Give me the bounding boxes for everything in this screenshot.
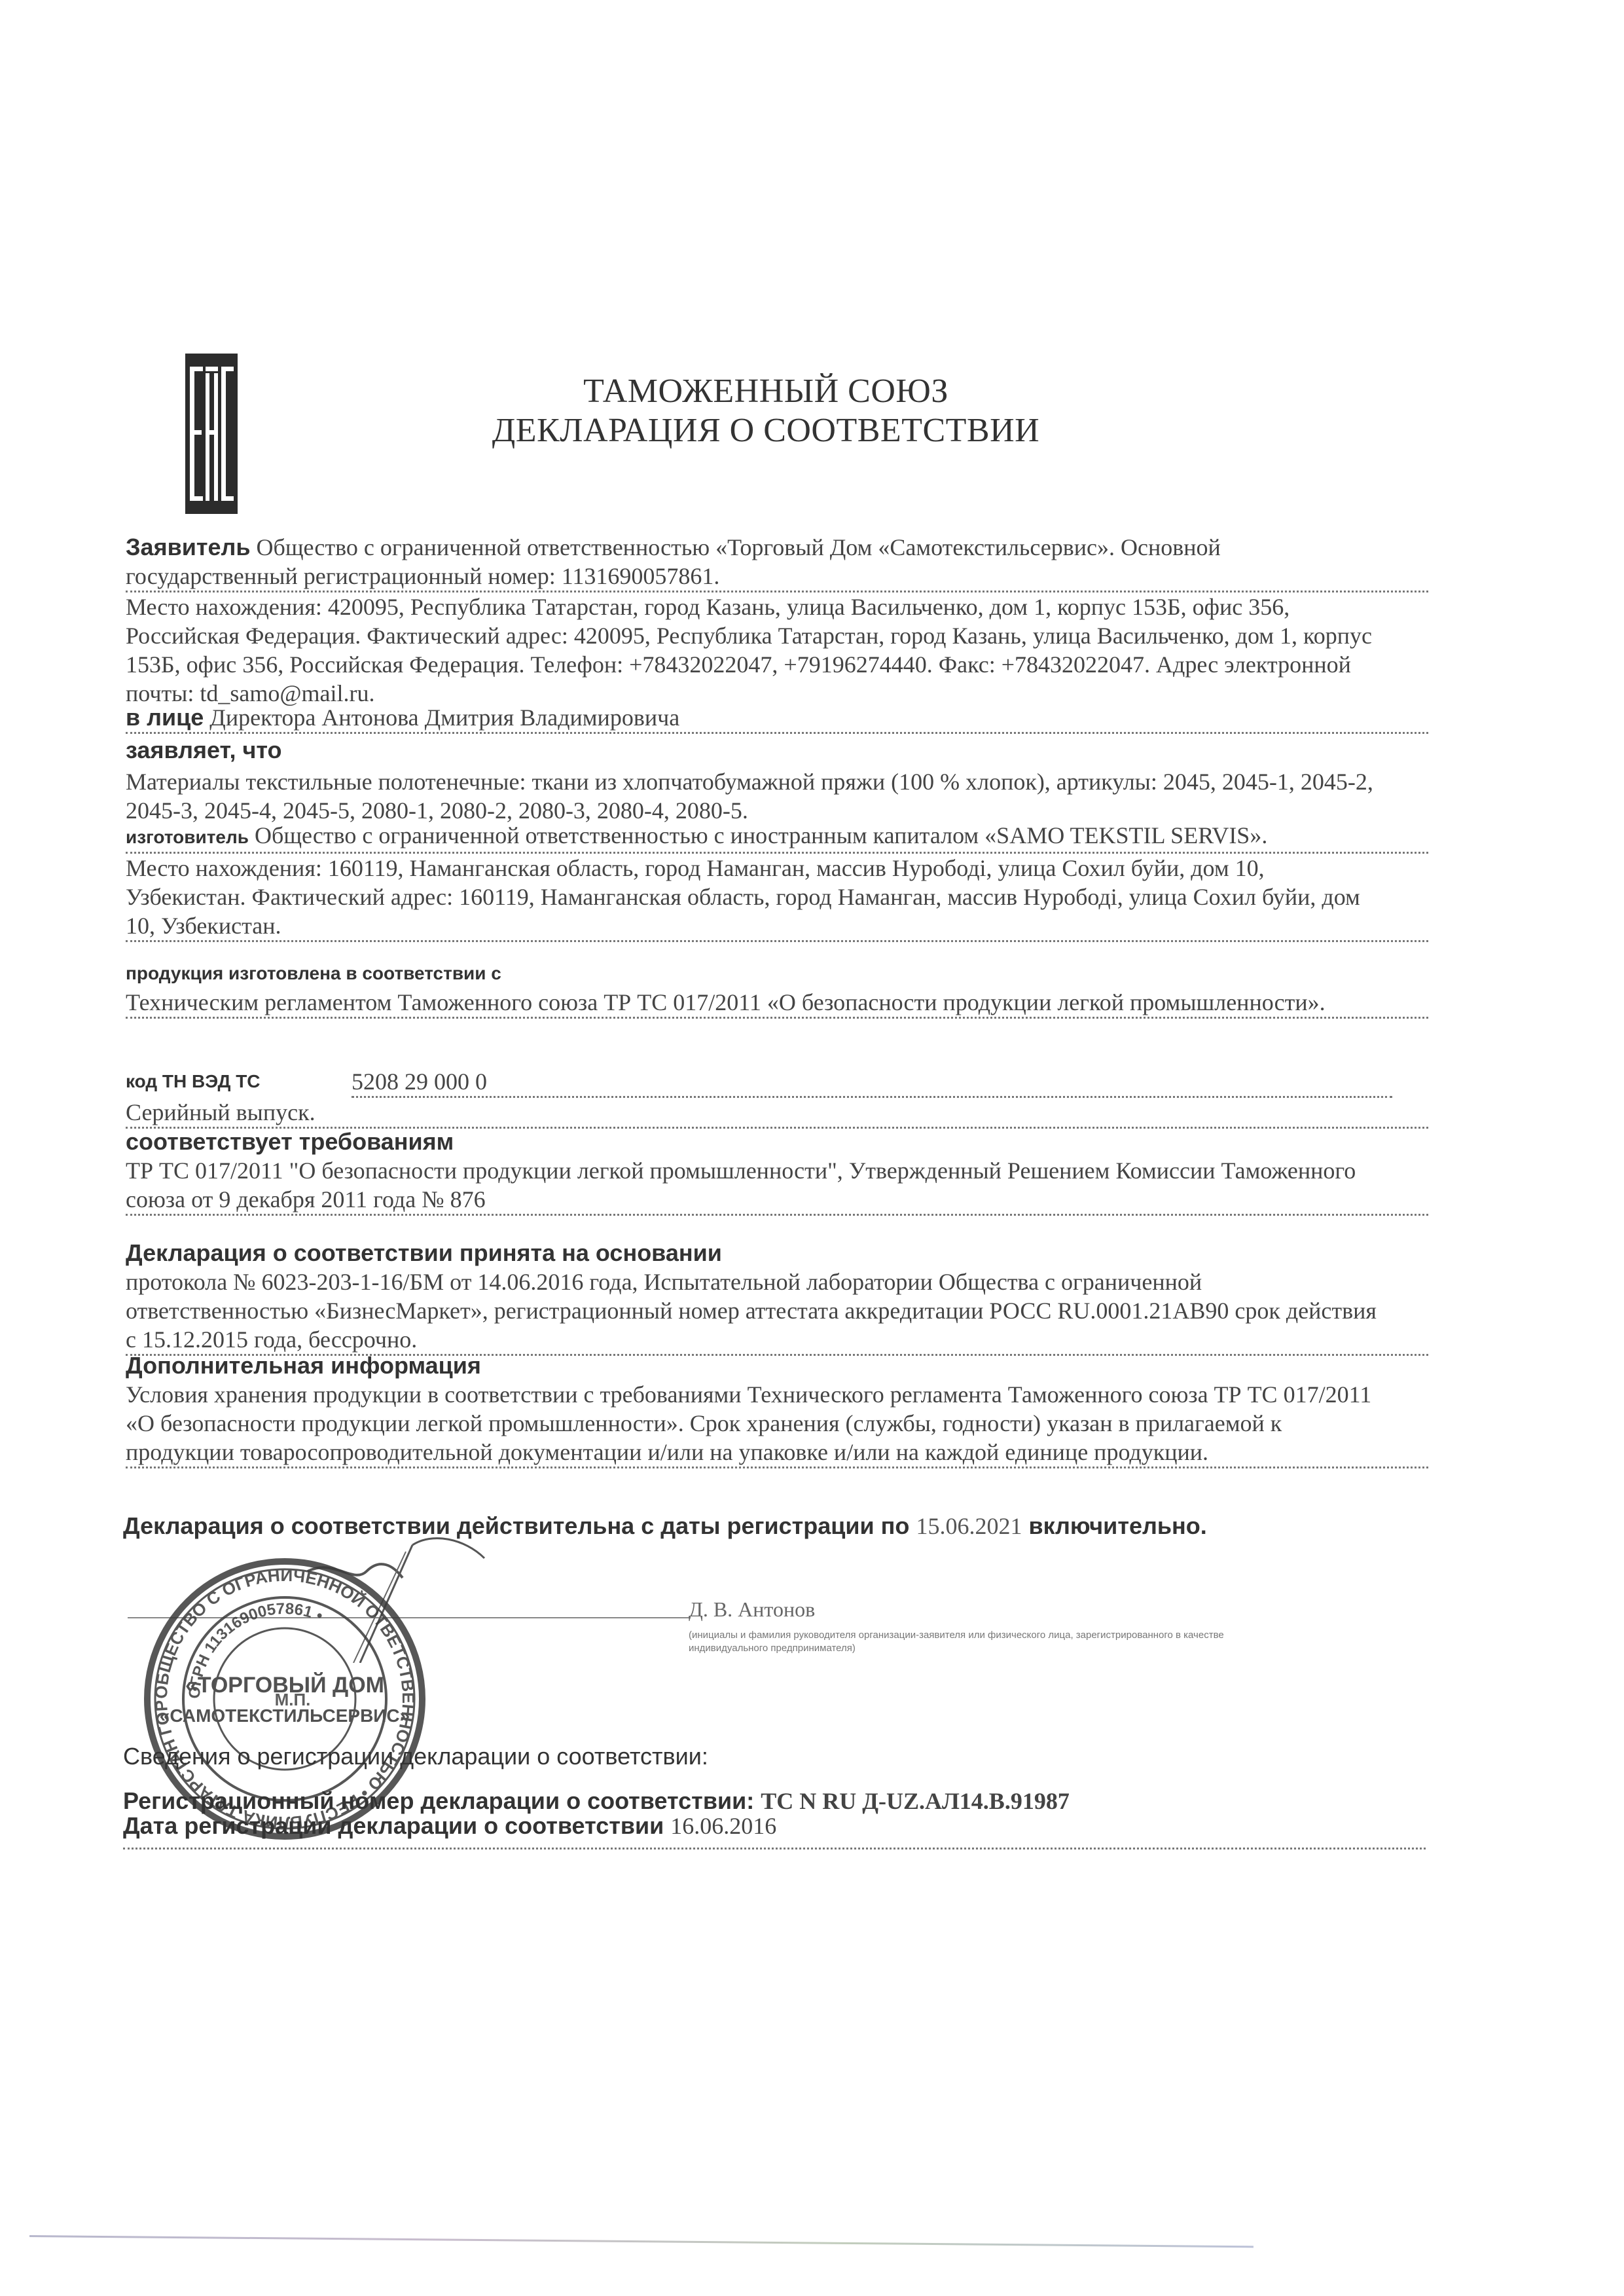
declares-label: заявляет, что	[126, 737, 282, 763]
seal-mp-mark: М.П.	[275, 1690, 311, 1709]
manufacturer-name: Общество с ограниченной ответственностью…	[255, 822, 1267, 848]
produced-per-value: Техническим регламентом Таможенного союз…	[126, 988, 1428, 1019]
validity-suffix: включительно.	[1028, 1512, 1206, 1539]
hs-code-value: 5208 29 000 0	[352, 1067, 1392, 1098]
registration-title: Сведения о регистрации декларации о соот…	[123, 1743, 708, 1770]
representative-section: в лице Директора Антонова Дмитрия Владим…	[126, 703, 1428, 734]
produced-per-label: продукция изготовлена в соответствии с	[126, 963, 501, 983]
complies-line: ТР ТС 017/2011 "О безопасности продукции…	[126, 1156, 1428, 1185]
title-customs-union: ТАМОЖЕННЫЙ СОЮЗ	[458, 372, 1074, 410]
complies-label: соответствует требованиям	[126, 1128, 454, 1155]
applicant-name: Общество с ограниченной ответственностью…	[257, 534, 1221, 560]
additional-section: Дополнительная информация Условия хранен…	[126, 1351, 1428, 1468]
basis-label: Декларация о соответствии принята на осн…	[126, 1239, 722, 1266]
signer-caption-line: индивидуального предпринимателя)	[689, 1642, 1369, 1655]
title-declaration: ДЕКЛАРАЦИЯ О СООТВЕТСТВИИ	[458, 411, 1074, 450]
hs-code-section: код ТН ВЭД ТС 5208 29 000 0 Серийный вып…	[126, 1067, 1428, 1129]
registration-number-row: Регистрационный номер декларации о соотв…	[123, 1787, 1070, 1815]
basis-line: протокола № 6023-203-1-16/БМ от 14.06.20…	[126, 1267, 1428, 1296]
signer-name: Д. В. Антонов	[689, 1597, 815, 1622]
registration-date-row: Дата регистрации декларации о соответств…	[123, 1812, 776, 1840]
signer-caption: (инициалы и фамилия руководителя организ…	[689, 1629, 1369, 1655]
eac-mark-icon	[185, 354, 238, 514]
representative-label: в лице	[126, 704, 204, 731]
basis-section: Декларация о соответствии принята на осн…	[126, 1239, 1428, 1356]
applicant-address-line: Российская Федерация. Фактический адрес:…	[126, 621, 1428, 650]
manufacturer-label: изготовитель	[126, 827, 249, 847]
produced-per-section: продукция изготовлена в соответствии с Т…	[126, 957, 1428, 1019]
additional-line: «О безопасности продукции легкой промышл…	[126, 1409, 1428, 1438]
additional-line: продукции товаросопроводительной докумен…	[126, 1438, 1428, 1468]
product-line: Материалы текстильные полотенечные: ткан…	[126, 767, 1428, 796]
declares-section: заявляет, что Материалы текстильные поло…	[126, 736, 1428, 825]
registration-date-value: 16.06.2016	[670, 1813, 776, 1839]
registration-date-label: Дата регистрации декларации о соответств…	[123, 1812, 664, 1839]
registration-number-value: ТС N RU Д-UZ.АЛ14.В.91987	[761, 1788, 1070, 1814]
release-type: Серийный выпуск.	[126, 1098, 1428, 1129]
signer-caption-line: (инициалы и фамилия руководителя организ…	[689, 1629, 1369, 1642]
scan-artifact-line	[29, 2235, 1254, 2248]
additional-label: Дополнительная информация	[126, 1352, 481, 1379]
applicant-label: Заявитель	[126, 534, 251, 560]
representative-value: Директора Антонова Дмитрия Владимировича	[209, 704, 679, 731]
registration-divider	[123, 1848, 1426, 1850]
applicant-address-line: Место нахождения: 420095, Республика Тат…	[126, 592, 1428, 621]
manufacturer-address-line: Узбекистан. Фактический адрес: 160119, Н…	[126, 883, 1428, 911]
basis-line: ответственностью «БизнесМаркет», регистр…	[126, 1296, 1428, 1325]
manufacturer-section: изготовитель Общество с ограниченной отв…	[126, 821, 1428, 942]
complies-section: соответствует требованиям ТР ТС 017/2011…	[126, 1127, 1428, 1216]
applicant-address-line: 153Б, офис 356, Российская Федерация. Те…	[126, 650, 1428, 679]
applicant-ogrn: государственный регистрационный номер: 1…	[126, 562, 1428, 592]
validity-date: 15.06.2021	[916, 1513, 1022, 1539]
registration-number-label: Регистрационный номер декларации о соотв…	[123, 1787, 754, 1814]
hs-code-label: код ТН ВЭД ТС	[126, 1067, 352, 1098]
manufacturer-address-line: 10, Узбекистан.	[126, 911, 1428, 942]
applicant-section: Заявитель Общество с ограниченной ответс…	[126, 533, 1428, 708]
manufacturer-address-line: Место нахождения: 160119, Наманганская о…	[126, 854, 1428, 883]
additional-line: Условия хранения продукции в соответстви…	[126, 1380, 1428, 1409]
eac-logo	[185, 354, 238, 514]
complies-line: союза от 9 декабря 2011 года № 876	[126, 1185, 1428, 1216]
